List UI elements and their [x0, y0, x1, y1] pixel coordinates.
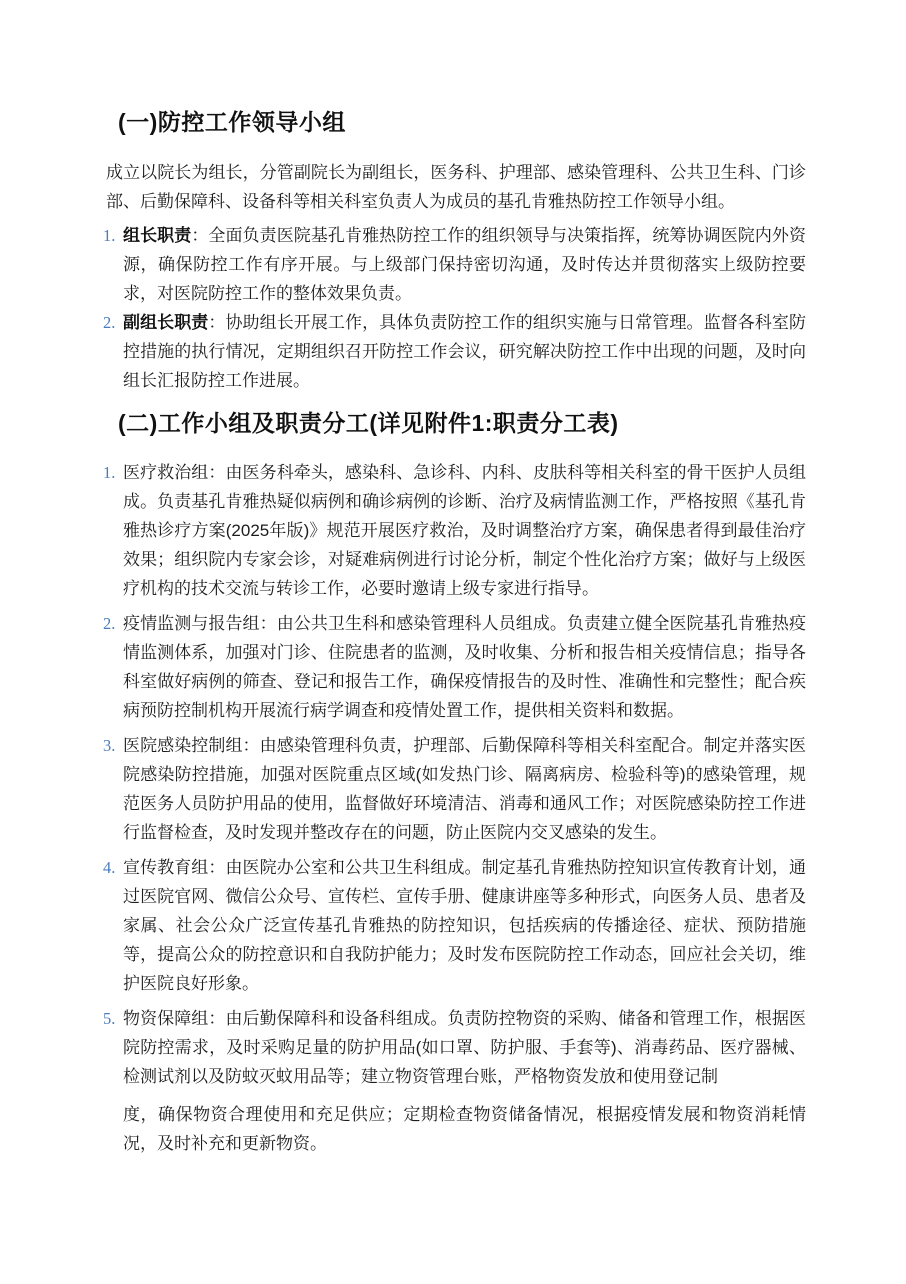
list-item: 2. 副组长职责：协助组长开展工作，具体负责防控工作的组织实施与日常管理。监督各…	[103, 308, 806, 395]
section-2-heading: (二)工作小组及职责分工(详见附件1:职责分工表)	[118, 407, 806, 439]
list-item-text: 医疗救治组：由医务科牵头，感染科、急诊科、内科、皮肤科等相关科室的骨干医护人员组…	[123, 458, 806, 603]
list-item: 1. 组长职责：全面负责医院基孔肯雅热防控工作的组织领导与决策指挥，统筹协调医院…	[103, 221, 806, 308]
section-1-list: 1. 组长职责：全面负责医院基孔肯雅热防控工作的组织领导与决策指挥，统筹协调医院…	[106, 221, 806, 395]
list-item-number: 2.	[103, 308, 123, 337]
list-item-body-text: ：全面负责医院基孔肯雅热防控工作的组织领导与决策指挥，统筹协调医院内外资源，确保…	[123, 226, 806, 303]
list-item-number: 1.	[103, 458, 123, 487]
list-item-label: 组长职责	[123, 226, 191, 245]
section-2-list: 1. 医疗救治组：由医务科牵头，感染科、急诊科、内科、皮肤科等相关科室的骨干医护…	[106, 458, 806, 1158]
list-item: 5. 物资保障组：由后勤保障科和设备科组成。负责防控物资的采购、储备和管理工作，…	[103, 1004, 806, 1158]
list-item-number: 4.	[103, 853, 123, 882]
list-item-number: 5.	[103, 1004, 123, 1033]
list-item-number: 3.	[103, 731, 123, 760]
list-item-text: 组长职责：全面负责医院基孔肯雅热防控工作的组织领导与决策指挥，统筹协调医院内外资…	[123, 221, 806, 308]
list-item-label: 副组长职责	[123, 313, 208, 332]
list-item-number: 2.	[103, 609, 123, 638]
list-item-text: 物资保障组：由后勤保障科和设备科组成。负责防控物资的采购、储备和管理工作，根据医…	[123, 1004, 806, 1158]
document-page: (一)防控工作领导小组 成立以院长为组长，分管副院长为副组长，医务科、护理部、感…	[0, 0, 906, 1284]
list-item: 1. 医疗救治组：由医务科牵头，感染科、急诊科、内科、皮肤科等相关科室的骨干医护…	[103, 458, 806, 603]
list-item-number: 1.	[103, 221, 123, 250]
section-1-heading: (一)防控工作领导小组	[118, 106, 806, 138]
list-item-text: 疫情监测与报告组：由公共卫生科和感染管理科人员组成。负责建立健全医院基孔肯雅热疫…	[123, 609, 806, 725]
list-item: 2. 疫情监测与报告组：由公共卫生科和感染管理科人员组成。负责建立健全医院基孔肯…	[103, 609, 806, 725]
section-1-intro-paragraph: 成立以院长为组长，分管副院长为副组长，医务科、护理部、感染管理科、公共卫生科、门…	[106, 158, 806, 216]
list-item: 3. 医院感染控制组：由感染管理科负责，护理部、后勤保障科等相关科室配合。制定并…	[103, 731, 806, 847]
list-item-paragraph-1: 物资保障组：由后勤保障科和设备科组成。负责防控物资的采购、储备和管理工作，根据医…	[123, 1004, 806, 1091]
list-item-paragraph-2: 度，确保物资合理使用和充足供应；定期检查物资储备情况，根据疫情发展和物资消耗情况…	[123, 1100, 806, 1158]
list-item-body-text: ：协助组长开展工作，具体负责防控工作的组织实施与日常管理。监督各科室防控措施的执…	[123, 313, 806, 390]
list-item: 4. 宣传教育组：由医院办公室和公共卫生科组成。制定基孔肯雅热防控知识宣传教育计…	[103, 853, 806, 998]
list-item-text: 医院感染控制组：由感染管理科负责，护理部、后勤保障科等相关科室配合。制定并落实医…	[123, 731, 806, 847]
list-item-text: 副组长职责：协助组长开展工作，具体负责防控工作的组织实施与日常管理。监督各科室防…	[123, 308, 806, 395]
list-item-text: 宣传教育组：由医院办公室和公共卫生科组成。制定基孔肯雅热防控知识宣传教育计划，通…	[123, 853, 806, 998]
